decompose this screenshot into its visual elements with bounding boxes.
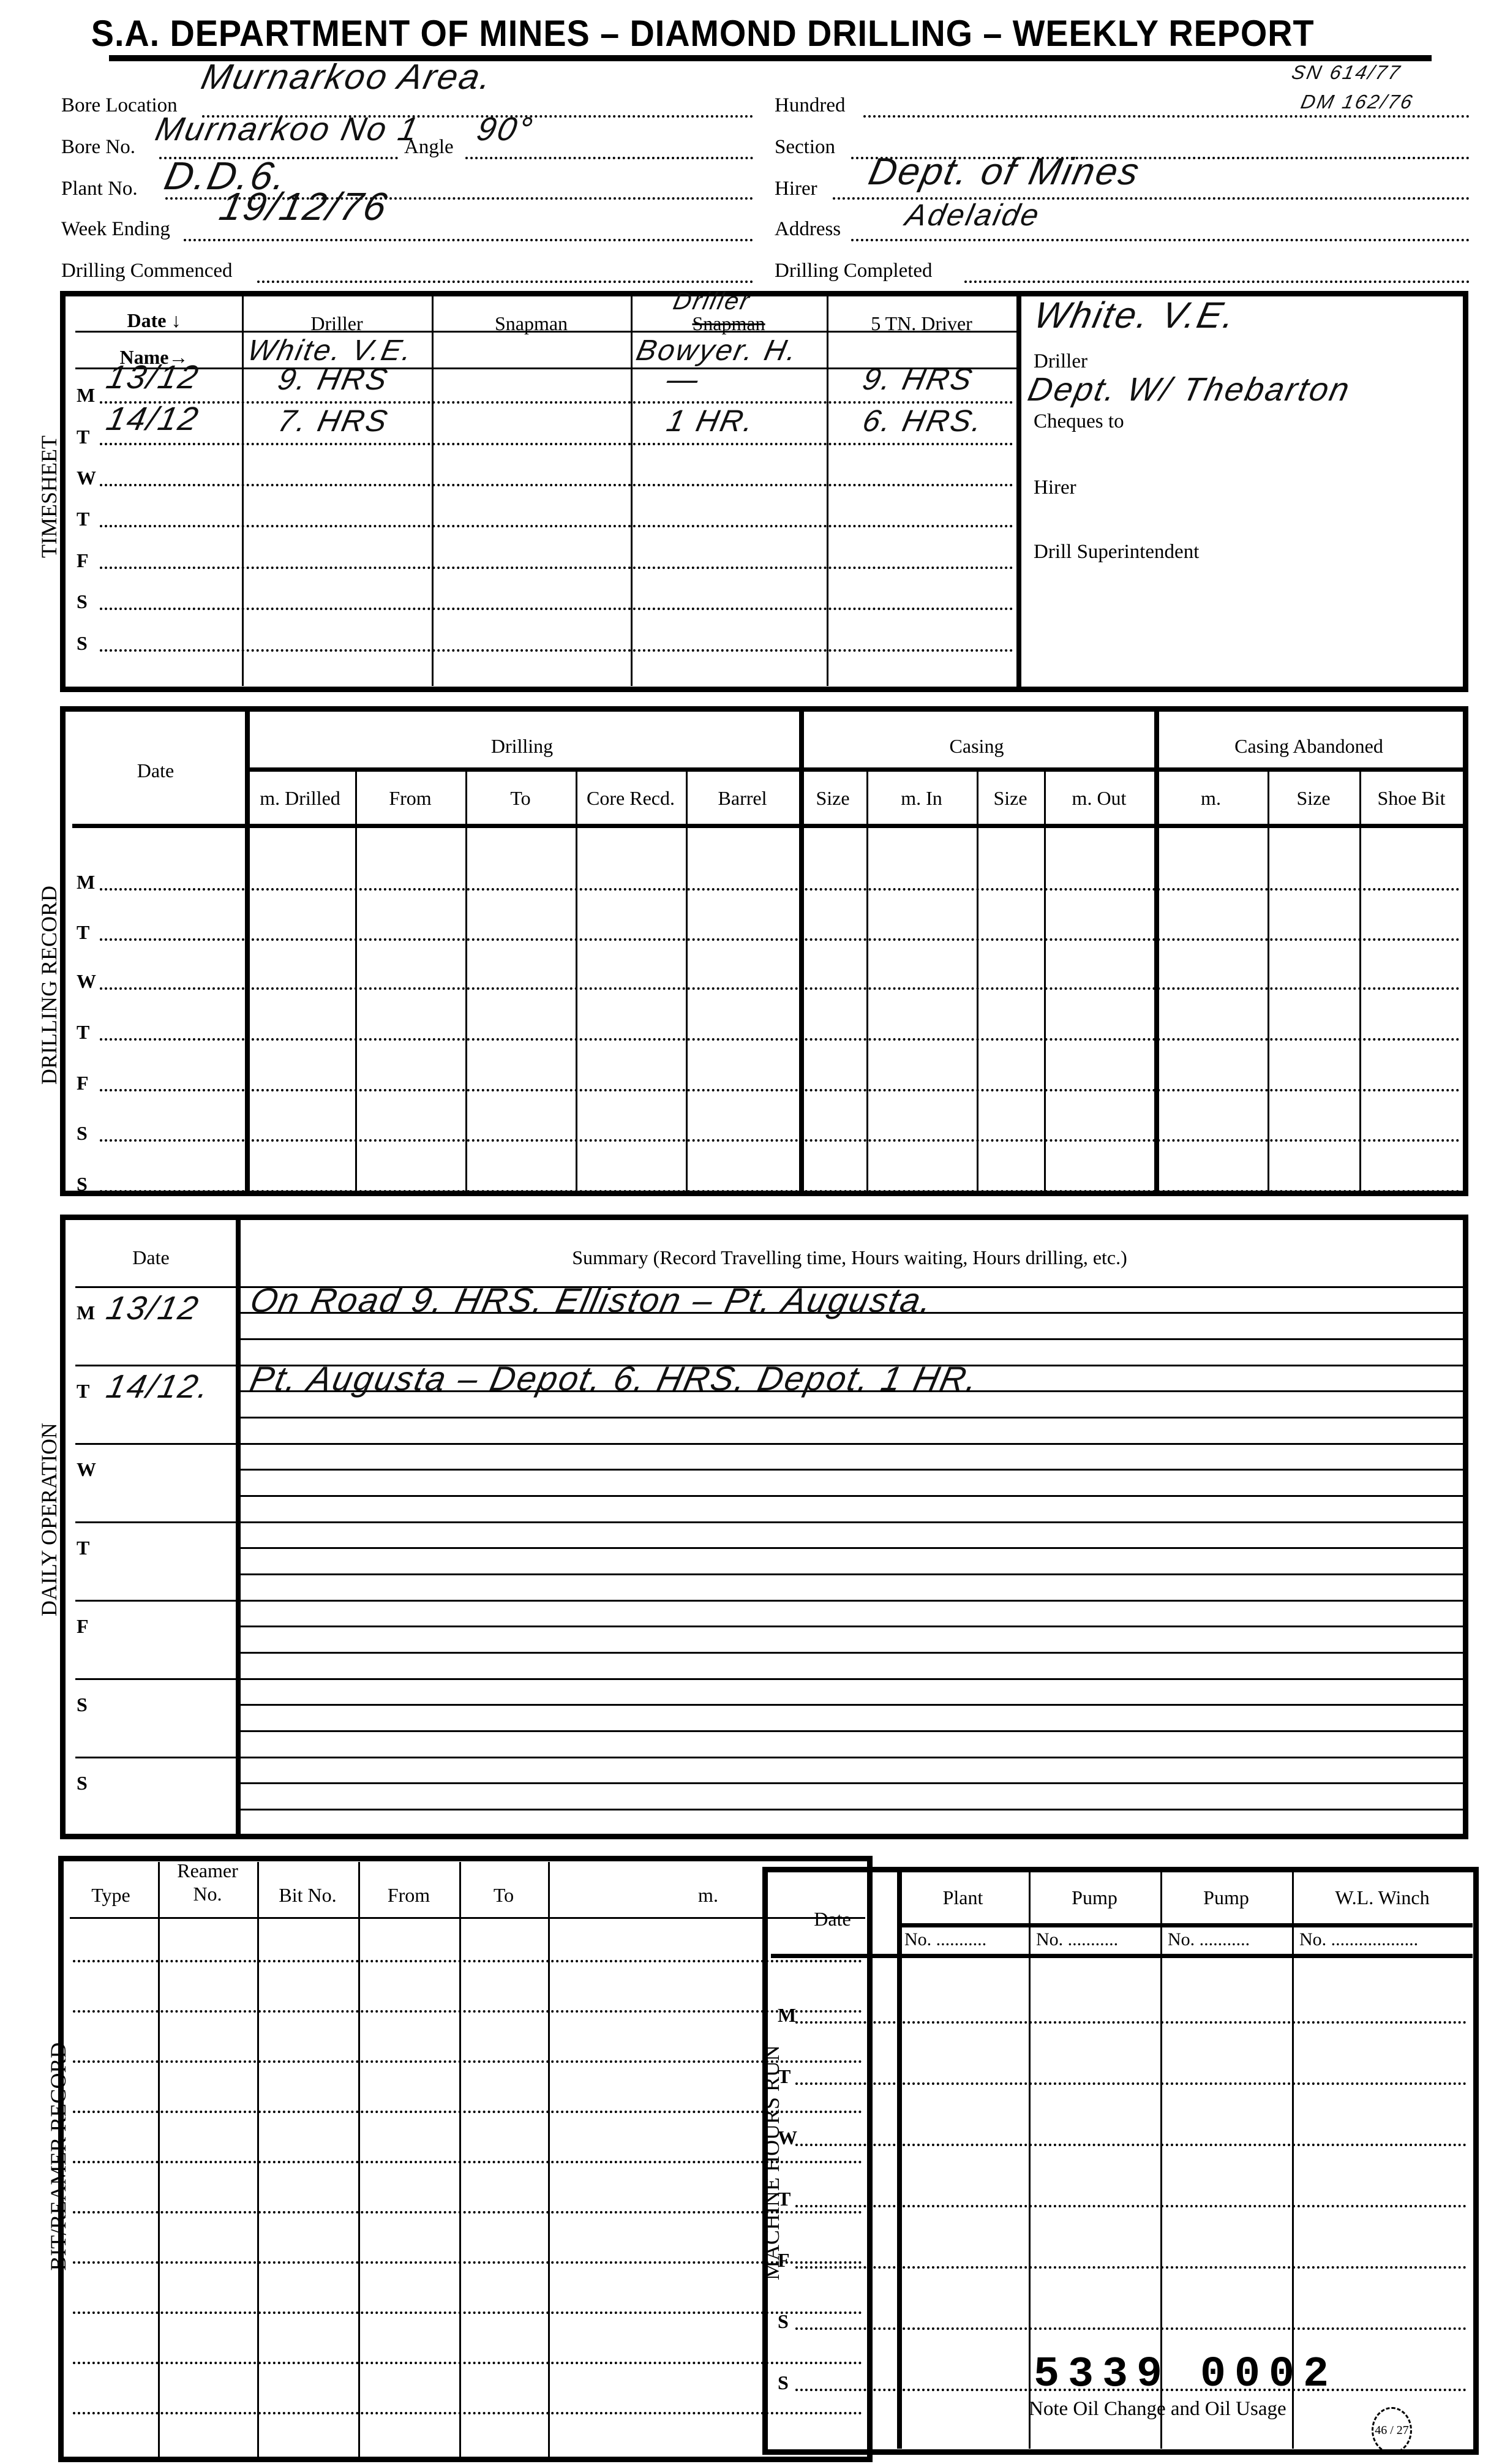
bit-reamer-row-line[interactable] xyxy=(73,2362,862,2364)
panel-driller-label: Driller xyxy=(1034,350,1087,373)
drilling-record-section-label: DRILLING RECORD xyxy=(36,889,62,1085)
bore-no-field[interactable]: Murnarkoo No 1 xyxy=(152,110,423,148)
address-field[interactable]: Adelaide xyxy=(903,197,1044,233)
bore-location-field[interactable]: Murnarkoo Area. xyxy=(198,56,497,97)
daily-day-label: T xyxy=(77,1537,89,1559)
timesheet-hours-cell[interactable]: 7. HRS xyxy=(275,403,392,439)
drilling-column-header: To xyxy=(465,787,576,810)
drilling-day-label: S xyxy=(77,1122,88,1145)
drilling-column-divider xyxy=(1359,767,1361,1191)
address-line xyxy=(851,239,1470,241)
drilling-group-header: Drilling xyxy=(245,735,799,758)
bit-reamer-row-line[interactable] xyxy=(73,2111,862,2113)
timesheet-panel-divider xyxy=(1016,294,1021,692)
drilling-row-line[interactable] xyxy=(100,1038,1460,1041)
daily-summary-cell[interactable]: On Road 9. HRS. Elliston – Pt. Augusta. xyxy=(247,1280,937,1320)
bit-reamer-row-line[interactable] xyxy=(73,2211,862,2213)
machine-day-label: T xyxy=(778,2188,791,2210)
drilling-group-header: Casing xyxy=(799,735,1154,758)
timesheet-row-line xyxy=(100,567,1013,569)
panel-hirer-label: Hirer xyxy=(1034,477,1076,499)
machine-day-label: S xyxy=(778,2310,789,2333)
drilling-column-header: Size xyxy=(799,787,866,810)
drilling-column-header: Size xyxy=(1268,787,1359,810)
bit-reamer-column-header: From xyxy=(358,1883,459,1907)
timesheet-column-divider xyxy=(242,296,244,686)
timesheet-column-divider xyxy=(432,296,434,686)
pump-meter-reading: 0002 xyxy=(1200,2351,1337,2399)
daily-summary-header: Summary (Record Travelling time, Hours w… xyxy=(236,1246,1463,1269)
bit-reamer-column-divider xyxy=(548,1862,550,2457)
drilling-day-label: S xyxy=(77,1173,88,1196)
drilling-header-rule xyxy=(72,824,1463,828)
machine-day-label: T xyxy=(778,2065,791,2088)
week-ending-line xyxy=(184,239,753,241)
daily-summary-input[interactable] xyxy=(241,1678,1463,1757)
drilling-row-line[interactable] xyxy=(100,1190,1460,1192)
drilling-column-header: Core Recd. xyxy=(576,787,686,810)
machine-day-label: F xyxy=(778,2249,790,2272)
timesheet-column-header: 5 TN. Driver xyxy=(827,312,1016,335)
bit-reamer-row-line[interactable] xyxy=(73,2010,862,2013)
bit-reamer-column-divider xyxy=(158,1862,160,2457)
corner-mark: 46 / 27 xyxy=(1372,2407,1412,2454)
timesheet-row-line xyxy=(100,649,1013,652)
reference-note-sn: SN 614/77 xyxy=(1290,61,1403,84)
bore-no-label: Bore No. xyxy=(61,136,135,159)
section-label: Section xyxy=(775,136,835,159)
machine-column-header: Pump xyxy=(1029,1886,1160,1909)
drilling-column-header: From xyxy=(355,787,465,810)
timesheet-column-header: Snapman xyxy=(631,312,827,335)
plant-meter-reading: 5339 xyxy=(1034,2351,1171,2399)
panel-superintendent-label: Drill Superintendent xyxy=(1034,541,1199,563)
bit-reamer-box xyxy=(58,1856,873,2462)
drilling-row-line[interactable] xyxy=(100,987,1460,990)
machine-day-label: M xyxy=(778,2004,796,2027)
daily-summary-rule xyxy=(241,1338,1463,1340)
drilling-column-divider xyxy=(977,767,978,1191)
timesheet-column-header: Snapman xyxy=(432,312,631,335)
bit-reamer-column-divider xyxy=(257,1862,259,2457)
machine-column-header: W.L. Winch xyxy=(1292,1886,1473,1909)
timesheet-day-label: S xyxy=(77,590,88,613)
drilling-day-label: M xyxy=(77,871,95,894)
machine-number-field[interactable]: No. ........... xyxy=(1036,1929,1118,1950)
drilling-column-divider xyxy=(355,767,357,1191)
drilling-day-label: F xyxy=(77,1072,89,1094)
hirer-field[interactable]: Dept. of Mines xyxy=(865,150,1144,194)
form-title: S.A. DEPARTMENT OF MINES – DIAMOND DRILL… xyxy=(73,12,1332,55)
machine-row-line[interactable] xyxy=(795,2266,1467,2269)
bit-reamer-column-divider xyxy=(459,1862,461,2457)
drilling-column-divider xyxy=(1268,767,1269,1191)
daily-date-header: Date xyxy=(66,1246,236,1269)
machine-date-divider xyxy=(897,1872,902,2449)
daily-date-cell[interactable]: 14/12. xyxy=(103,1368,214,1406)
drilling-day-label: W xyxy=(77,970,96,993)
drilling-column-divider xyxy=(576,767,577,1191)
drilling-column-header: Shoe Bit xyxy=(1359,787,1463,810)
bit-reamer-row-line[interactable] xyxy=(73,2412,862,2414)
reference-note-dm: DM 162/76 xyxy=(1299,91,1416,113)
daily-day-label: S xyxy=(77,1694,88,1716)
drilling-column-divider xyxy=(686,767,688,1191)
daily-date-cell[interactable]: 13/12 xyxy=(103,1289,203,1327)
plant-no-label: Plant No. xyxy=(61,178,138,200)
drilling-column-divider xyxy=(866,767,868,1191)
week-ending-label: Week Ending xyxy=(61,218,170,241)
drilling-row-line[interactable] xyxy=(100,1089,1460,1091)
bit-reamer-column-header: Reamer No. xyxy=(158,1859,257,1905)
drilling-record-box xyxy=(60,706,1468,1196)
drilling-column-header: Size xyxy=(977,787,1044,810)
machine-day-label: W xyxy=(778,2127,797,2149)
daily-day-label: T xyxy=(77,1380,89,1403)
drilling-completed-label: Drilling Completed xyxy=(775,260,933,282)
oil-usage-note: Note Oil Change and Oil Usage xyxy=(1029,2398,1286,2421)
machine-row-line[interactable] xyxy=(795,2205,1467,2207)
daily-summary-input[interactable] xyxy=(241,1757,1463,1835)
hundred-label: Hundred xyxy=(775,94,845,117)
bit-reamer-header-rule xyxy=(70,1917,865,1919)
drilling-date-divider xyxy=(245,712,250,1191)
machine-header-rule xyxy=(771,1954,1473,1958)
daily-date-rule xyxy=(75,1757,236,1758)
machine-column-header: Pump xyxy=(1160,1886,1292,1909)
timesheet-name-cell[interactable]: Bowyer. H. xyxy=(633,334,802,367)
panel-cheques-value[interactable]: Dept. W/ Thebarton xyxy=(1024,371,1354,409)
drilling-row-line[interactable] xyxy=(100,938,1460,941)
timesheet-column-divider xyxy=(827,296,828,686)
daily-date-rule xyxy=(75,1521,236,1523)
bit-reamer-row-line[interactable] xyxy=(73,2060,862,2063)
machine-row-line[interactable] xyxy=(795,2021,1467,2024)
timesheet-row-line xyxy=(100,484,1013,486)
daily-summary-input[interactable] xyxy=(241,1600,1463,1678)
angle-field[interactable]: 90° xyxy=(473,110,537,148)
drilling-completed-field[interactable] xyxy=(964,281,1470,283)
panel-cheques-label: Cheques to xyxy=(1034,410,1124,433)
daily-date-rule xyxy=(75,1365,236,1366)
drilling-commenced-line[interactable] xyxy=(257,281,753,283)
daily-date-rule xyxy=(75,1600,236,1602)
daily-day-label: F xyxy=(77,1615,89,1638)
machine-group-rule xyxy=(897,1923,1473,1927)
drilling-column-divider xyxy=(1044,767,1046,1191)
machine-column-divider xyxy=(1029,1872,1031,2449)
timesheet-date-header: Date ↓ xyxy=(66,309,242,332)
timesheet-date-cell[interactable]: 13/12 xyxy=(103,358,203,396)
timesheet-hours-cell[interactable]: 9. HRS xyxy=(860,361,977,397)
timesheet-day-label: T xyxy=(77,426,89,448)
daily-date-rule xyxy=(75,1443,236,1445)
drilling-row-line[interactable] xyxy=(100,1139,1460,1142)
drilling-group-rule xyxy=(245,767,1463,772)
panel-driller-value[interactable]: White. V.E. xyxy=(1031,294,1241,336)
daily-day-label: M xyxy=(77,1302,95,1324)
hundred-field[interactable] xyxy=(863,115,1470,118)
timesheet-hours-cell[interactable]: 1 HR. xyxy=(664,403,759,439)
timesheet-hours-cell[interactable]: 9. HRS xyxy=(275,361,392,397)
drilling-column-divider xyxy=(465,767,467,1191)
daily-day-label: S xyxy=(77,1772,88,1795)
daily-operation-section-label: DAILY OPERATION xyxy=(36,1415,62,1624)
drilling-column-header: m. xyxy=(1154,787,1268,810)
timesheet-row-line xyxy=(100,525,1013,527)
machine-row-line[interactable] xyxy=(795,2327,1467,2330)
drilling-group-divider xyxy=(799,712,804,1191)
angle-label: Angle xyxy=(404,136,454,159)
drilling-column-header: m. Drilled xyxy=(245,787,355,810)
daily-summary-input[interactable] xyxy=(241,1443,1463,1521)
daily-date-rule xyxy=(75,1286,236,1288)
machine-day-label: S xyxy=(778,2372,789,2394)
drilling-column-header: m. Out xyxy=(1044,787,1154,810)
machine-number-field[interactable]: No. ........... xyxy=(904,1929,986,1950)
bit-reamer-row-line[interactable] xyxy=(73,2261,862,2264)
drilling-group-header: Casing Abandoned xyxy=(1154,735,1463,758)
drilling-commenced-label: Drilling Commenced xyxy=(61,260,233,282)
bit-reamer-column-divider xyxy=(358,1862,360,2457)
timesheet-hours-cell[interactable]: 6. HRS. xyxy=(860,403,987,439)
timesheet-row-line xyxy=(100,443,1013,445)
angle-line xyxy=(465,157,753,159)
timesheet-row-line xyxy=(100,608,1013,610)
bit-reamer-row-line[interactable] xyxy=(73,2311,862,2314)
machine-number-field[interactable]: No. ................... xyxy=(1299,1929,1418,1950)
daily-day-label: W xyxy=(77,1458,96,1481)
hirer-label: Hirer xyxy=(775,178,817,200)
daily-summary-cell[interactable]: Pt. Augusta – Depot. 6. HRS. Depot. 1 HR… xyxy=(247,1358,983,1398)
machine-row-line[interactable] xyxy=(795,2082,1467,2085)
week-ending-field[interactable]: 19/12/76 xyxy=(216,184,392,229)
bit-reamer-column-header: Bit No. xyxy=(257,1883,358,1907)
timesheet-day-label: T xyxy=(77,508,89,530)
address-label: Address xyxy=(775,218,841,241)
timesheet-column-header: Driller xyxy=(242,312,432,335)
daily-summary-rule xyxy=(241,1417,1463,1418)
timesheet-section-label: TIMESHEET xyxy=(36,411,62,582)
daily-date-divider xyxy=(236,1220,241,1834)
bit-reamer-column-header: Type xyxy=(64,1883,158,1907)
machine-row-line[interactable] xyxy=(795,2144,1467,2146)
timesheet-column-divider xyxy=(631,296,633,686)
timesheet-day-label: W xyxy=(77,467,96,489)
drilling-day-label: T xyxy=(77,921,89,944)
machine-number-field[interactable]: No. ........... xyxy=(1168,1929,1250,1950)
timesheet-day-label: S xyxy=(77,632,88,655)
drilling-column-header: m. In xyxy=(866,787,977,810)
drilling-row-line[interactable] xyxy=(100,888,1460,891)
drilling-day-label: T xyxy=(77,1021,89,1044)
bit-reamer-row-line[interactable] xyxy=(73,2161,862,2163)
drilling-group-divider xyxy=(1154,712,1159,1191)
daily-date-rule xyxy=(75,1678,236,1680)
drilling-date-header: Date xyxy=(66,759,245,782)
bit-reamer-row-line[interactable] xyxy=(73,1960,862,1962)
timesheet-day-label: M xyxy=(77,384,95,407)
daily-summary-input[interactable] xyxy=(241,1521,1463,1600)
drilling-column-header: Barrel xyxy=(686,787,799,810)
bit-reamer-column-header: To xyxy=(459,1883,548,1907)
machine-column-header: Plant xyxy=(897,1886,1029,1909)
timesheet-date-cell[interactable]: 14/12 xyxy=(103,400,203,438)
timesheet-column-header-correction: Driller xyxy=(670,288,753,315)
timesheet-day-label: F xyxy=(77,549,89,572)
machine-date-header: Date xyxy=(768,1908,897,1931)
